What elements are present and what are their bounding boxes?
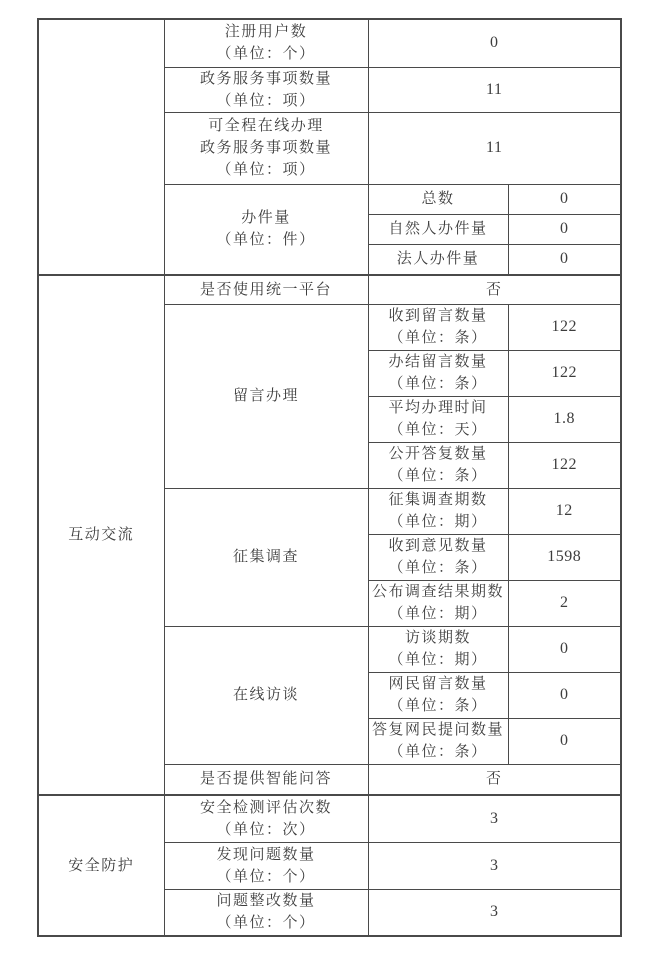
cell-problems-found-value: 3 <box>368 842 621 889</box>
cell-registered-users-value: 0 <box>368 19 621 67</box>
full-online-items-label-line1: 可全程在线办理 <box>165 115 368 137</box>
cell-msg-completed-value: 122 <box>508 350 621 396</box>
interview-replies-label-line2: （单位：条） <box>369 741 508 763</box>
cell-section-services-group <box>38 19 164 275</box>
survey-opinions-label-line2: （单位：条） <box>369 557 508 579</box>
cell-registered-users-label: 注册用户数 （单位：个） <box>164 19 368 67</box>
cell-survey-results-label: 公布调查结果期数 （单位：期） <box>368 580 508 626</box>
cell-survey-periods-label: 征集调查期数 （单位：期） <box>368 488 508 534</box>
section-security-group-label: 安全防护 <box>39 855 164 877</box>
cell-message-handling-group: 留言办理 <box>164 304 368 488</box>
unified-platform-value: 否 <box>369 279 621 301</box>
survey-periods-value: 12 <box>509 501 621 521</box>
interview-periods-label-line1: 访谈期数 <box>369 627 508 649</box>
case-total-value: 0 <box>509 189 621 209</box>
cell-full-online-items-value: 11 <box>368 112 621 184</box>
security-checks-label-line2: （单位：次） <box>165 819 368 841</box>
survey-results-value: 2 <box>509 593 621 613</box>
cell-interview-periods-label: 访谈期数 （单位：期） <box>368 626 508 672</box>
cell-interview-messages-label: 网民留言数量 （单位：条） <box>368 672 508 718</box>
case-natural-label: 自然人办件量 <box>369 218 508 240</box>
msg-completed-label-line2: （单位：条） <box>369 373 508 395</box>
cell-problems-fixed-label: 问题整改数量 （单位：个） <box>164 889 368 936</box>
cell-survey-group: 征集调查 <box>164 488 368 626</box>
msg-public-replies-label-line1: 公开答复数量 <box>369 443 508 465</box>
cell-problems-fixed-value: 3 <box>368 889 621 936</box>
case-legal-value: 0 <box>509 249 621 269</box>
cell-interview-replies-value: 0 <box>508 718 621 764</box>
cell-msg-completed-label: 办结留言数量 （单位：条） <box>368 350 508 396</box>
report-table: 注册用户数 （单位：个） 0 政务服务事项数量 （单位：项） 11 可全程在线办… <box>37 18 622 937</box>
cell-case-total-value: 0 <box>508 184 621 214</box>
cell-interview-replies-label: 答复网民提问数量 （单位：条） <box>368 718 508 764</box>
cell-service-items-label: 政务服务事项数量 （单位：项） <box>164 67 368 112</box>
report-page: 注册用户数 （单位：个） 0 政务服务事项数量 （单位：项） 11 可全程在线办… <box>0 0 657 956</box>
cell-survey-periods-value: 12 <box>508 488 621 534</box>
interview-messages-label-line1: 网民留言数量 <box>369 673 508 695</box>
cell-msg-public-replies-label: 公开答复数量 （单位：条） <box>368 442 508 488</box>
cell-smart-qa-value: 否 <box>368 764 621 795</box>
cell-survey-opinions-value: 1598 <box>508 534 621 580</box>
cell-msg-received-value: 122 <box>508 304 621 350</box>
message-handling-group-label: 留言办理 <box>165 385 368 407</box>
section-interaction-group-label: 互动交流 <box>39 524 164 546</box>
survey-results-label-line1: 公布调查结果期数 <box>369 581 508 603</box>
msg-received-value: 122 <box>509 317 621 337</box>
msg-completed-label-line1: 办结留言数量 <box>369 351 508 373</box>
full-online-items-label-line2: 政务服务事项数量 <box>165 137 368 159</box>
problems-fixed-value: 3 <box>369 902 621 922</box>
interview-group-label: 在线访谈 <box>165 684 368 706</box>
smart-qa-label: 是否提供智能问答 <box>165 768 368 790</box>
full-online-items-label-line3: （单位：项） <box>165 159 368 181</box>
cell-msg-received-label: 收到留言数量 （单位：条） <box>368 304 508 350</box>
cell-msg-avg-time-value: 1.8 <box>508 396 621 442</box>
case-legal-label: 法人办件量 <box>369 248 508 270</box>
cell-case-natural-value: 0 <box>508 214 621 244</box>
cell-service-items-value: 11 <box>368 67 621 112</box>
problems-found-value: 3 <box>369 856 621 876</box>
interview-messages-label-line2: （单位：条） <box>369 695 508 717</box>
service-items-value: 11 <box>369 80 621 100</box>
registered-users-value: 0 <box>369 33 621 53</box>
survey-group-label: 征集调查 <box>165 546 368 568</box>
case-total-label: 总数 <box>369 188 508 210</box>
survey-results-label-line2: （单位：期） <box>369 603 508 625</box>
cell-case-total-label: 总数 <box>368 184 508 214</box>
msg-avg-time-value: 1.8 <box>509 409 621 429</box>
security-checks-value: 3 <box>369 809 621 829</box>
problems-fixed-label-line1: 问题整改数量 <box>165 890 368 912</box>
cell-full-online-items-label: 可全程在线办理 政务服务事项数量 （单位：项） <box>164 112 368 184</box>
survey-opinions-label-line1: 收到意见数量 <box>369 535 508 557</box>
interview-periods-label-line2: （单位：期） <box>369 649 508 671</box>
problems-fixed-label-line2: （单位：个） <box>165 912 368 934</box>
cell-section-security-group: 安全防护 <box>38 795 164 936</box>
msg-avg-time-label-line1: 平均办理时间 <box>369 397 508 419</box>
msg-public-replies-value: 122 <box>509 455 621 475</box>
msg-public-replies-label-line2: （单位：条） <box>369 465 508 487</box>
cell-unified-platform-label: 是否使用统一平台 <box>164 275 368 304</box>
registered-users-label-line1: 注册用户数 <box>165 21 368 43</box>
survey-periods-label-line1: 征集调查期数 <box>369 489 508 511</box>
case-volume-label-line2: （单位：件） <box>165 229 368 251</box>
registered-users-label-line2: （单位：个） <box>165 43 368 65</box>
cell-unified-platform-value: 否 <box>368 275 621 304</box>
interview-periods-value: 0 <box>509 639 621 659</box>
row-registered-users: 注册用户数 （单位：个） 0 <box>38 19 621 67</box>
unified-platform-label: 是否使用统一平台 <box>165 279 368 301</box>
msg-received-label-line2: （单位：条） <box>369 327 508 349</box>
msg-received-label-line1: 收到留言数量 <box>369 305 508 327</box>
msg-completed-value: 122 <box>509 363 621 383</box>
survey-periods-label-line2: （单位：期） <box>369 511 508 533</box>
interview-replies-value: 0 <box>509 731 621 751</box>
cell-survey-results-value: 2 <box>508 580 621 626</box>
cell-interview-messages-value: 0 <box>508 672 621 718</box>
cell-survey-opinions-label: 收到意见数量 （单位：条） <box>368 534 508 580</box>
service-items-label-line2: （单位：项） <box>165 90 368 112</box>
cell-msg-avg-time-label: 平均办理时间 （单位：天） <box>368 396 508 442</box>
cell-case-legal-label: 法人办件量 <box>368 244 508 275</box>
problems-found-label-line1: 发现问题数量 <box>165 844 368 866</box>
cell-section-interaction-group: 互动交流 <box>38 275 164 795</box>
security-checks-label-line1: 安全检测评估次数 <box>165 797 368 819</box>
msg-avg-time-label-line2: （单位：天） <box>369 419 508 441</box>
cell-case-legal-value: 0 <box>508 244 621 275</box>
cell-interview-group: 在线访谈 <box>164 626 368 764</box>
cell-security-checks-value: 3 <box>368 795 621 842</box>
cell-interview-periods-value: 0 <box>508 626 621 672</box>
case-volume-label-line1: 办件量 <box>165 207 368 229</box>
survey-opinions-value: 1598 <box>509 547 621 567</box>
cell-security-checks-label: 安全检测评估次数 （单位：次） <box>164 795 368 842</box>
interview-messages-value: 0 <box>509 685 621 705</box>
cell-msg-public-replies-value: 122 <box>508 442 621 488</box>
case-natural-value: 0 <box>509 219 621 239</box>
problems-found-label-line2: （单位：个） <box>165 866 368 888</box>
service-items-label-line1: 政务服务事项数量 <box>165 68 368 90</box>
interview-replies-label-line1: 答复网民提问数量 <box>369 719 508 741</box>
cell-smart-qa-label: 是否提供智能问答 <box>164 764 368 795</box>
full-online-items-value: 11 <box>369 138 621 158</box>
cell-case-natural-label: 自然人办件量 <box>368 214 508 244</box>
smart-qa-value: 否 <box>369 768 621 790</box>
cell-problems-found-label: 发现问题数量 （单位：个） <box>164 842 368 889</box>
row-unified-platform: 互动交流 是否使用统一平台 否 <box>38 275 621 304</box>
row-security-checks: 安全防护 安全检测评估次数 （单位：次） 3 <box>38 795 621 842</box>
cell-case-volume-group: 办件量 （单位：件） <box>164 184 368 275</box>
